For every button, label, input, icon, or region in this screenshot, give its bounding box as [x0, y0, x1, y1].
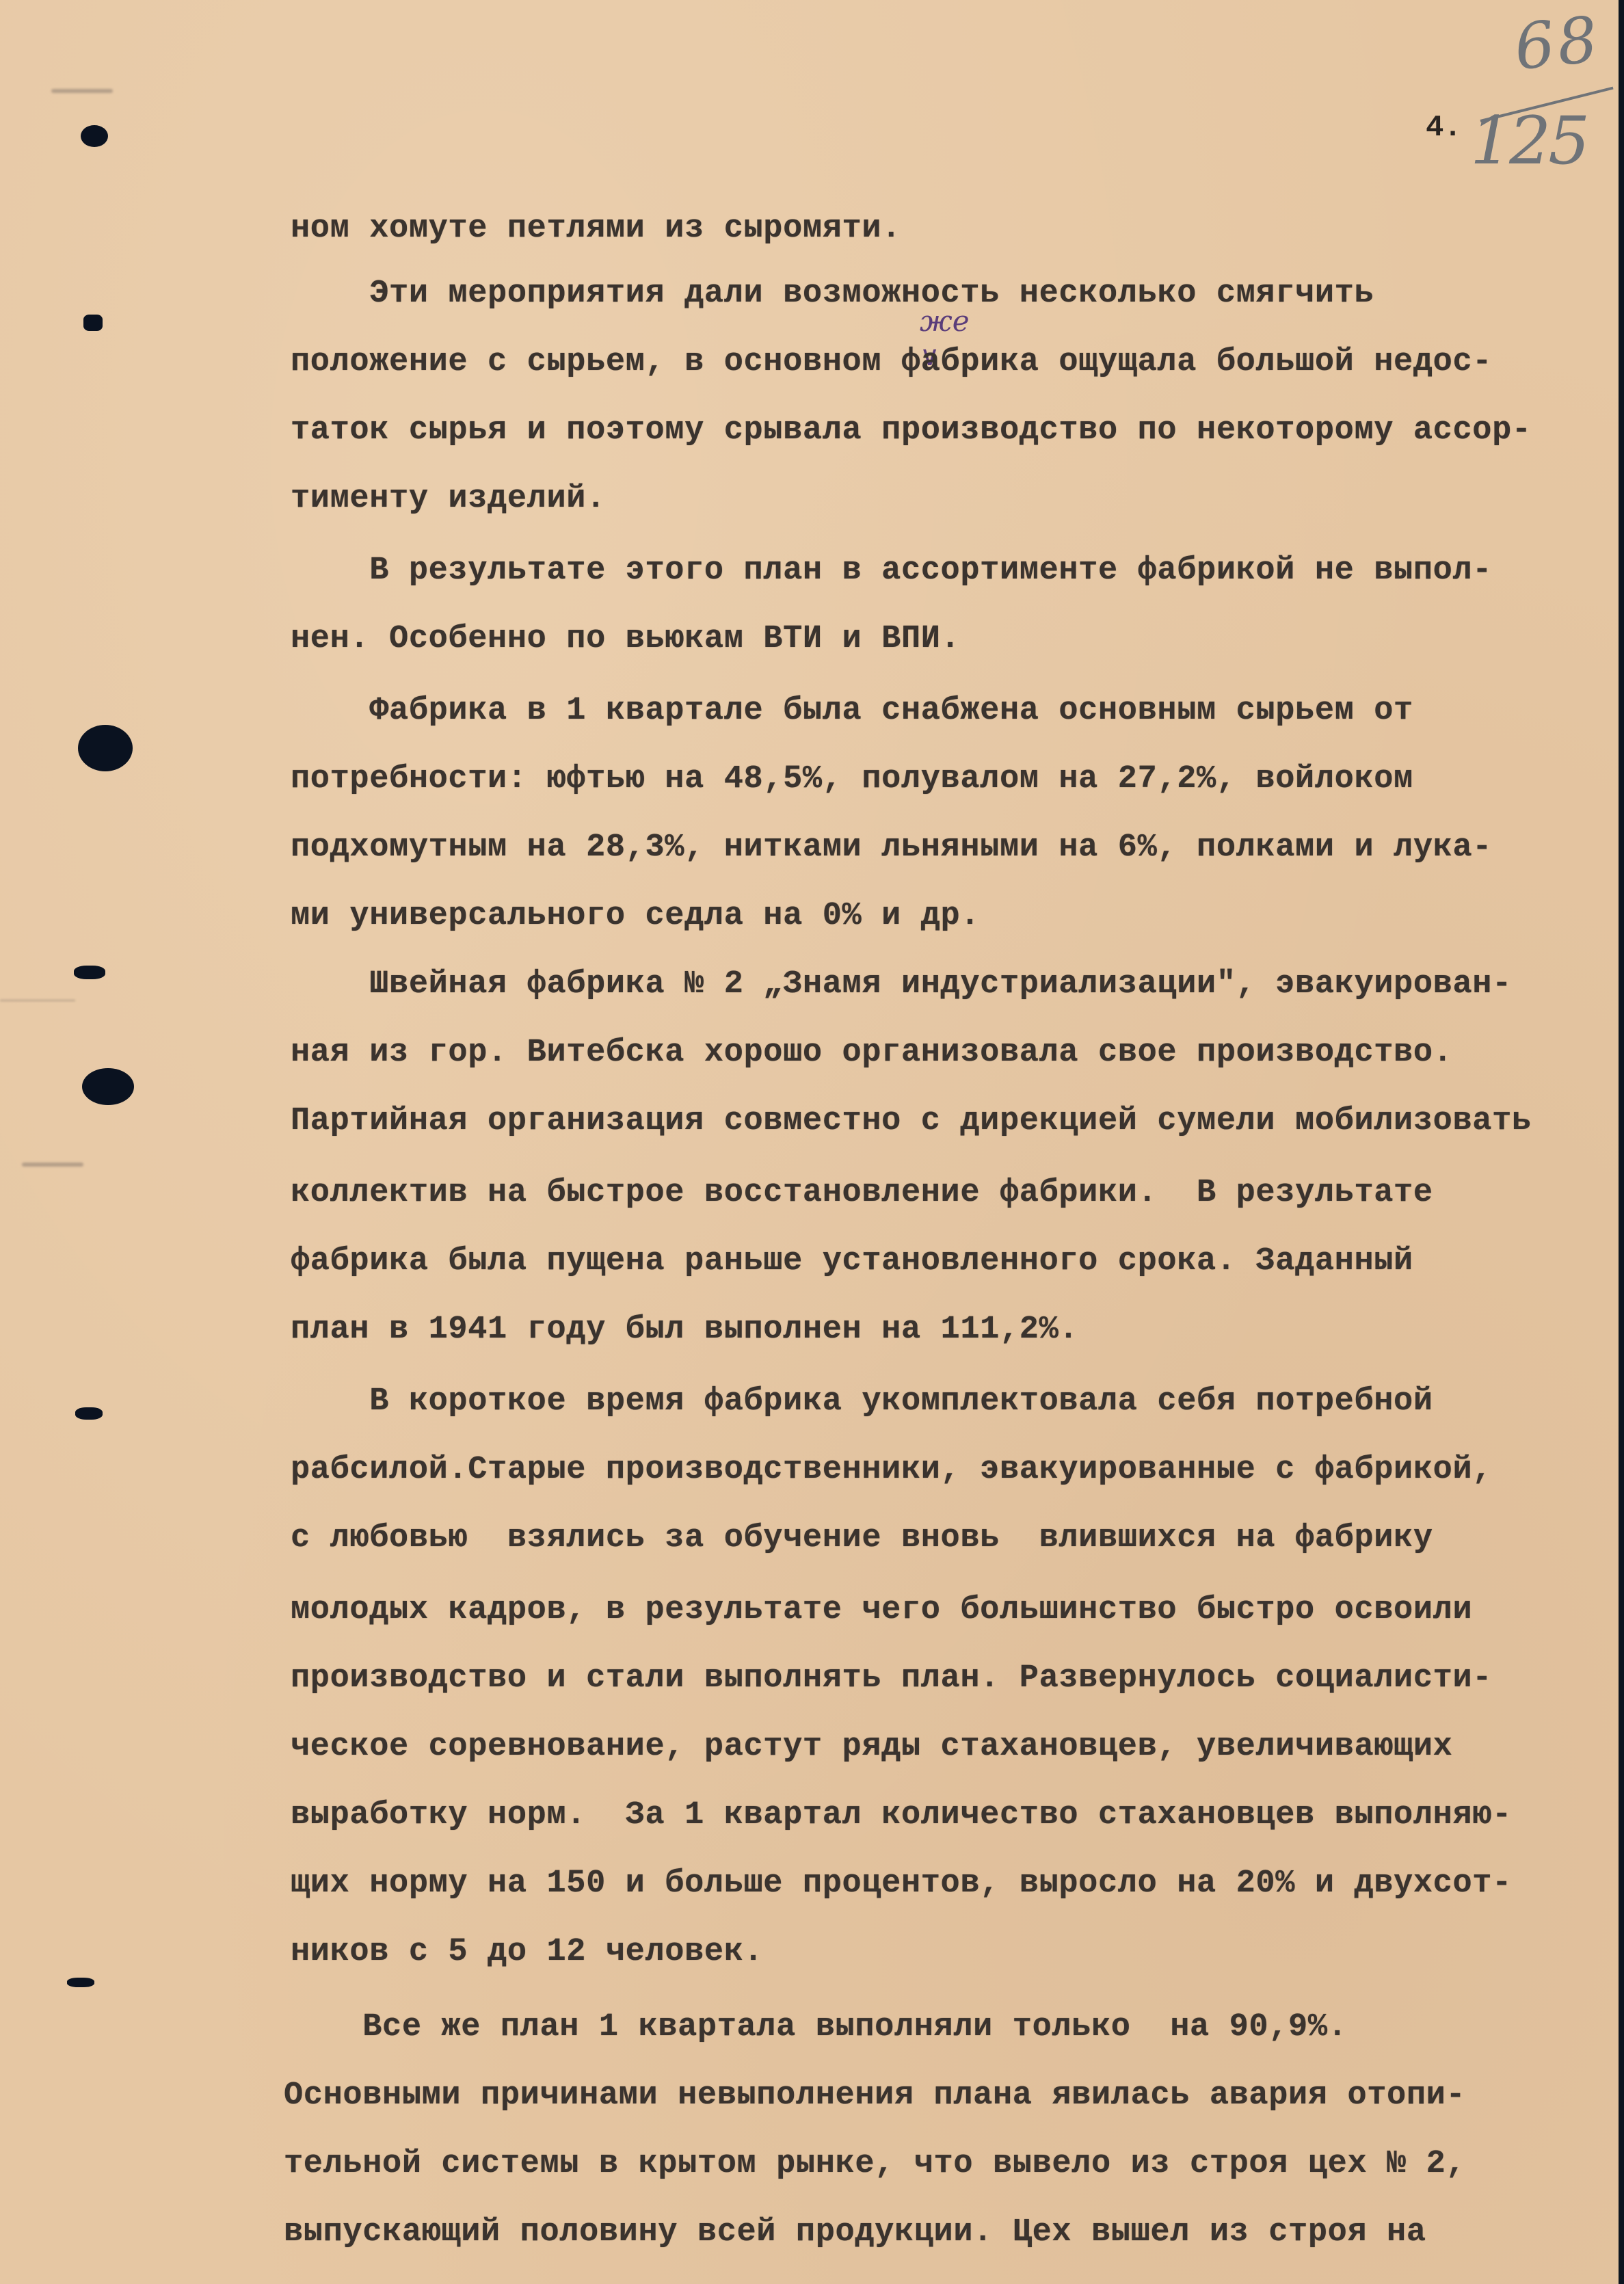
binding-hole-mark — [74, 966, 105, 979]
text-line: коллектив на быстрое восстановление фабр… — [291, 1173, 1433, 1214]
text-line: потребности: юфтью на 48,5%, полувалом н… — [291, 759, 1413, 800]
page-number: 4. — [1426, 111, 1462, 145]
text-line: Фабрика в 1 квартале была снабжена основ… — [291, 691, 1413, 732]
text-line: В короткое время фабрика укомплектовала … — [291, 1381, 1433, 1422]
text-line: ми универсального седла на 0% и др. — [291, 896, 980, 937]
binding-hole — [78, 725, 133, 771]
binding-hole — [82, 1068, 134, 1105]
text-line: нен. Особенно по вьюкам ВТИ и ВПИ. — [291, 619, 960, 660]
text-line: положение с сырьем, в основном фабрика о… — [291, 342, 1492, 383]
text-line: тименту изделий. — [291, 479, 606, 520]
text-line: В результате этого план в ассортименте ф… — [291, 550, 1492, 592]
text-line: производство и стали выполнять план. Раз… — [291, 1658, 1492, 1699]
margin-smudge — [51, 89, 113, 93]
crossed-out-sheet-number: 125 — [1470, 103, 1587, 179]
text-line: рабсилой.Старые производственники, эваку… — [291, 1450, 1492, 1491]
margin-smudge — [22, 1163, 83, 1167]
text-line: Все же план 1 квартала выполняли только … — [284, 2007, 1347, 2048]
text-line: Основными причинами невыполнения плана я… — [284, 2075, 1465, 2116]
binding-hole-mark — [81, 125, 108, 147]
text-line: ная из гор. Витебска хорошо организовала… — [291, 1033, 1452, 1074]
text-line: молодых кадров, в результате чего больши… — [291, 1590, 1472, 1631]
text-line: ников с 5 до 12 человек. — [291, 1932, 763, 1973]
text-line: фабрика была пущена раньше установленног… — [291, 1241, 1413, 1282]
margin-smudge — [0, 1000, 75, 1001]
text-line: таток сырья и поэтому срывала производст… — [291, 410, 1532, 451]
archive-sheet-number: 68 — [1511, 3, 1604, 84]
text-line: Партийная организация совместно с дирекц… — [291, 1101, 1532, 1142]
text-line: план в 1941 году был выполнен на 111,2%. — [291, 1310, 1078, 1351]
text-line: выпускающий половину всей продукции. Цех… — [284, 2212, 1426, 2253]
text-line: с любовью взялись за обучение вновь влив… — [291, 1518, 1433, 1559]
text-line: Швейная фабрика № 2 „Знамя индустриализа… — [291, 964, 1512, 1005]
binding-hole-mark — [67, 1978, 94, 1987]
text-line: Эти мероприятия дали возможность несколь… — [291, 274, 1374, 315]
text-line: ческое соревнование, растут ряды стахано… — [291, 1727, 1452, 1768]
text-line: ном хомуте петлями из сыромяти. — [291, 209, 901, 250]
text-line: щих норму на 150 и больше процентов, выр… — [291, 1863, 1512, 1904]
binding-hole-mark — [83, 315, 103, 331]
text-line: выработку норм. За 1 квартал количество … — [291, 1795, 1512, 1836]
scan-edge-border — [1619, 0, 1624, 2284]
text-line: тельной системы в крытом рынке, что выве… — [284, 2144, 1465, 2185]
binding-hole-mark — [75, 1407, 103, 1420]
text-line: подхомутным на 28,3%, нитками льняными н… — [291, 827, 1492, 868]
